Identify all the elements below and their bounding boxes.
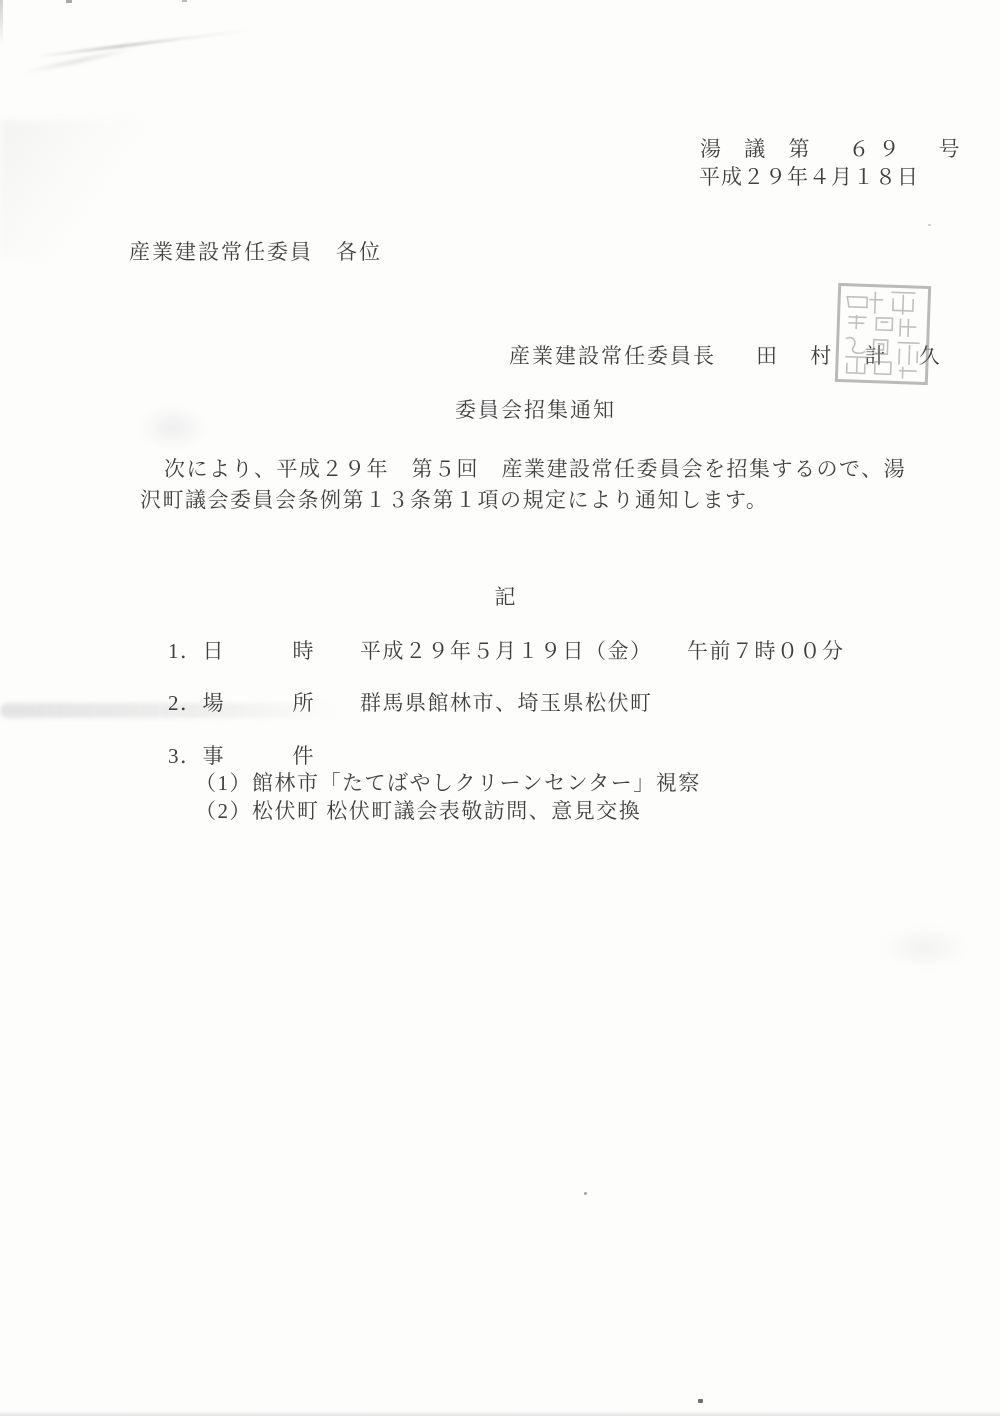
scan-corner-shadow [0, 120, 180, 260]
scan-bottom-edge-shadow [0, 1411, 1000, 1416]
scan-speck [928, 224, 931, 226]
scan-left-edge-shadow [0, 0, 3, 45]
scan-smudge [138, 405, 208, 450]
scan-crease-smudge [19, 46, 138, 77]
scan-smudge-right [880, 925, 970, 970]
scan-speck [698, 1399, 703, 1403]
issue-date: 平成２９年４月１８日 [699, 166, 919, 189]
scan-crease-mark [36, 29, 250, 58]
sender-title: 産業建設常任委員長 [509, 344, 716, 368]
scan-speck [584, 1192, 587, 1195]
document-number: 湯 議 第 ６９ 号 [700, 138, 969, 161]
official-seal-stamp-icon [834, 282, 931, 385]
body-paragraph: 次により、平成２９年 第５回 産業建設常任委員会を招集するので、湯沢町議会委員会… [140, 454, 916, 516]
scan-speck [66, 0, 72, 3]
section-marker-ki: 記 [0, 586, 1000, 609]
scanned-document-page: 湯 議 第 ６９ 号 平成２９年４月１８日 産業建設常任委員 各位 産業建設常任… [0, 0, 1000, 1416]
item-agenda-header: 3．事 件 [168, 745, 315, 768]
scan-speck [182, 0, 187, 2]
agenda-subitem-2: （2）松伏町 松伏町議会表敬訪問、意見交換 [195, 800, 641, 823]
item-place: 2．場 所 群馬県館林市、埼玉県松伏町 [168, 692, 653, 715]
agenda-subitem-1: （1）館林市「たてばやしクリーンセンター」視察 [195, 772, 701, 795]
document-title: 委員会招集通知 [455, 399, 616, 422]
addressee-line: 産業建設常任委員 各位 [129, 241, 382, 264]
item-datetime: 1．日 時 平成２９年５月１９日（金） 午前７時００分 [168, 640, 845, 663]
